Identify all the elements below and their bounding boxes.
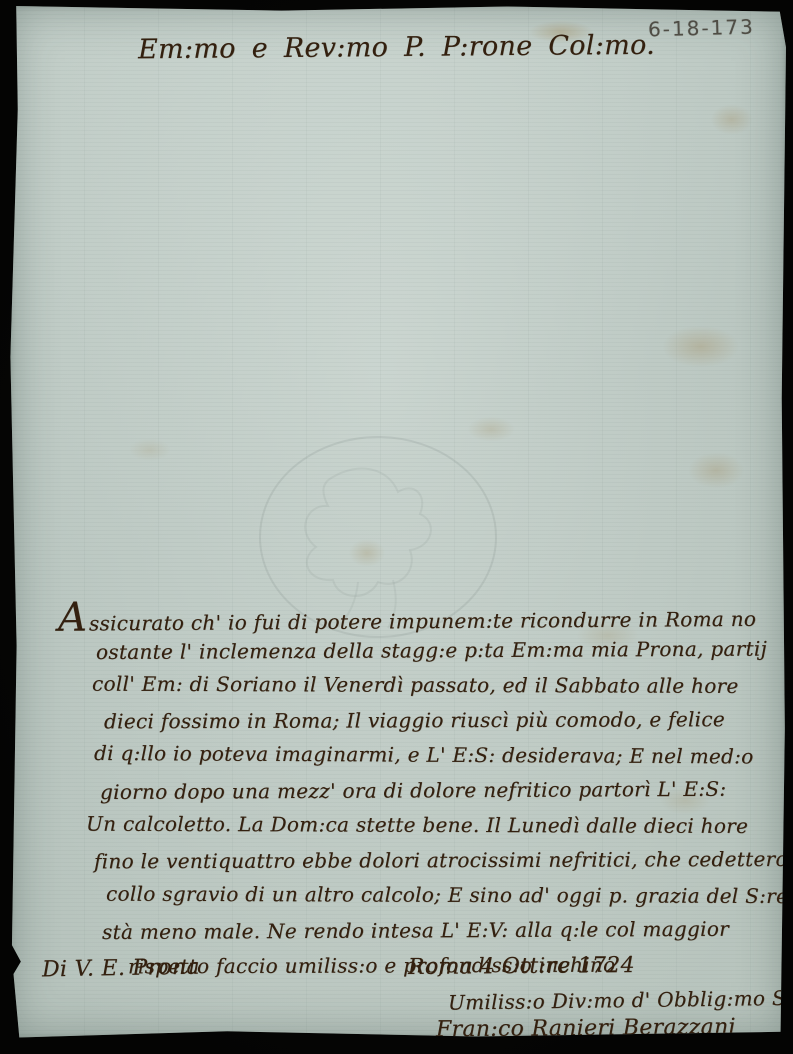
letter-body: Assicurato ch' io fui di potere impunem:… — [10, 598, 786, 983]
signature-title: Umiliss:o Div:mo d' Obblig:mo Se:lo — [448, 985, 793, 1014]
letter-line: di q:llo io poteva imaginarmi, e L' E:S:… — [94, 736, 793, 775]
letter-line: collo sgravio di un altro calcolo; E sin… — [106, 877, 793, 915]
salutation: Em:mo e Rev:mo P. P:rone Col:mo. — [138, 30, 655, 66]
letter-page: 6-18-173 Em:mo e Rev:mo P. P:rone Col:mo… — [10, 6, 786, 1038]
letter-line: giorno dopo una mezz' ora di dolore nefr… — [100, 771, 793, 810]
letter-line: Un calcoletto. La Dom:ca stette bene. Il… — [86, 807, 793, 845]
archival-number: 6-18-173 — [648, 15, 755, 42]
valediction: Di V. E. Prona — [42, 955, 200, 983]
scan-backdrop: 6-18-173 Em:mo e Rev:mo P. P:rone Col:mo… — [0, 0, 793, 1054]
dateline: Roma 4 Ott:re 1724 — [408, 953, 635, 980]
letter-line: coll' Em: di Soriano il Venerdì passato,… — [92, 667, 793, 705]
letter-line: dieci fossimo in Roma; Il viaggio riuscì… — [104, 702, 793, 740]
letter-line: stà meno male. Ne rendo intesa L' E:V: a… — [102, 911, 793, 950]
letter-line: ostante l' inclemenza della stagg:e p:ta… — [96, 631, 793, 670]
signature-name: Fran:co Ranieri Berazzani — [436, 1015, 736, 1043]
letter-line: fino le ventiquattro ebbe dolori atrocis… — [94, 842, 793, 880]
letter-line: Assicurato ch' io fui di potere impunem:… — [58, 595, 793, 635]
